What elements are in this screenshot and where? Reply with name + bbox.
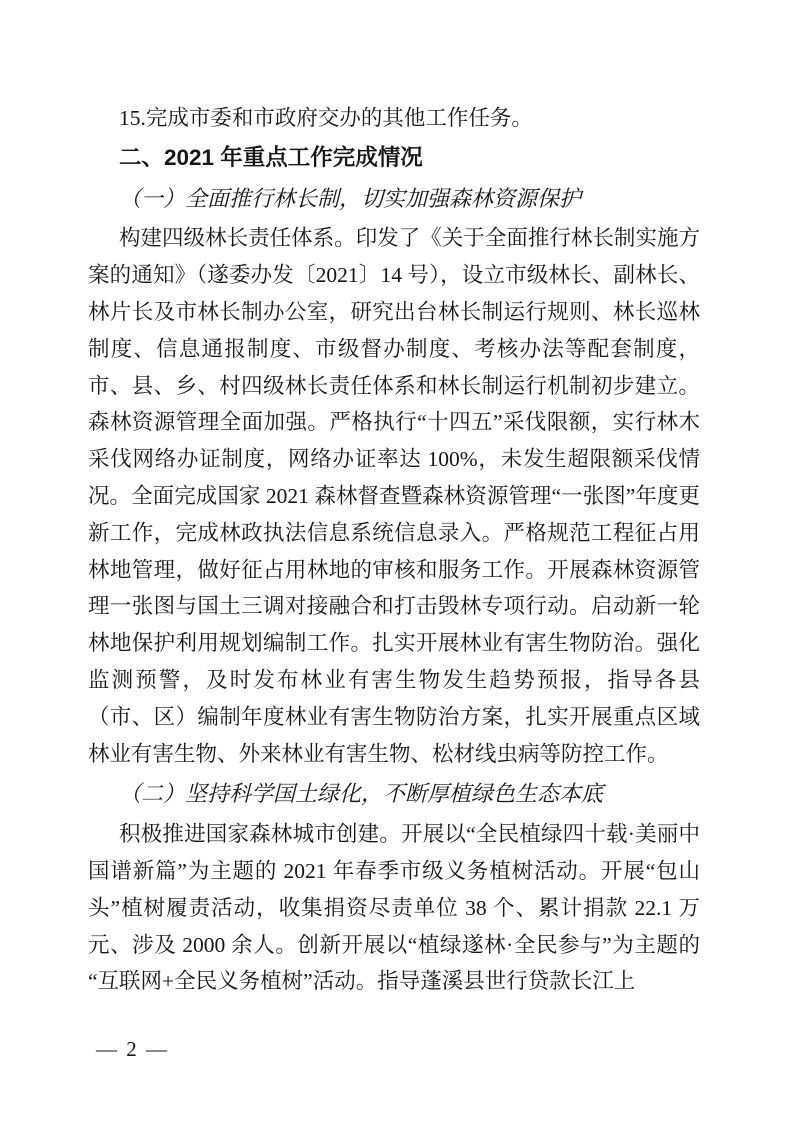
document-body: 15.完成市委和市政府交办的其他工作任务。 二、2021 年重点工作完成情况 （… — [88, 100, 700, 1000]
subsection-heading-2-land-greening: （二）坚持科学国土绿化，不断厚植绿色生态本底 — [88, 776, 700, 813]
subsection-heading-1-forest-chief: （一）全面推行林长制，切实加强森林资源保护 — [88, 181, 700, 218]
document-page: 15.完成市委和市政府交办的其他工作任务。 二、2021 年重点工作完成情况 （… — [0, 0, 793, 1122]
page-number: — 2 — — [96, 1036, 169, 1062]
subsection-2-body: 积极推进国家森林城市创建。开展以“全民植绿四十载·美丽中国谱新篇”为主题的 20… — [88, 816, 700, 1000]
subsection-1-body: 构建四级林长责任体系。印发了《关于全面推行林长制实施方案的通知》（遂委办发〔20… — [88, 220, 700, 772]
section-heading-2021-key-work: 二、2021 年重点工作完成情况 — [88, 140, 700, 177]
paragraph-item-15: 15.完成市委和市政府交办的其他工作任务。 — [88, 100, 700, 137]
